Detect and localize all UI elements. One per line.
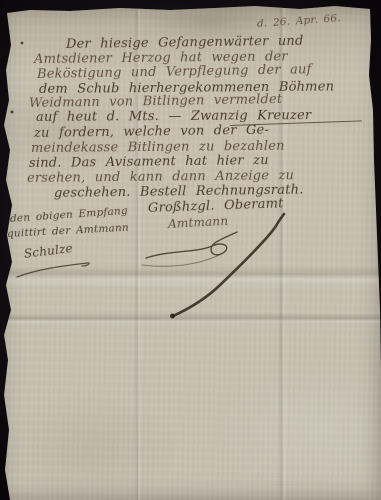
ink-speck <box>21 42 24 45</box>
date-annotation: d. 26. Apr. 66. <box>257 11 342 31</box>
closing-line: Großhzgl. Oberamt <box>148 197 284 216</box>
signature-flourish-tail <box>142 254 221 266</box>
horizontal-fold-crease-upper <box>2 266 381 288</box>
signature-flourish <box>146 232 237 258</box>
ink-speck <box>11 111 14 114</box>
letter-paper: d. 26. Apr. 66. Der hiesige Gefangenwärt… <box>0 0 381 500</box>
margin-signature: Schulze <box>23 241 73 261</box>
margin-signature-underline <box>17 263 89 277</box>
signature: Amtmann <box>168 214 229 231</box>
photo-of-letter: d. 26. Apr. 66. Der hiesige Gefangenwärt… <box>0 0 381 500</box>
ink-blob <box>170 314 175 319</box>
horizontal-fold-crease-lower <box>2 313 381 325</box>
